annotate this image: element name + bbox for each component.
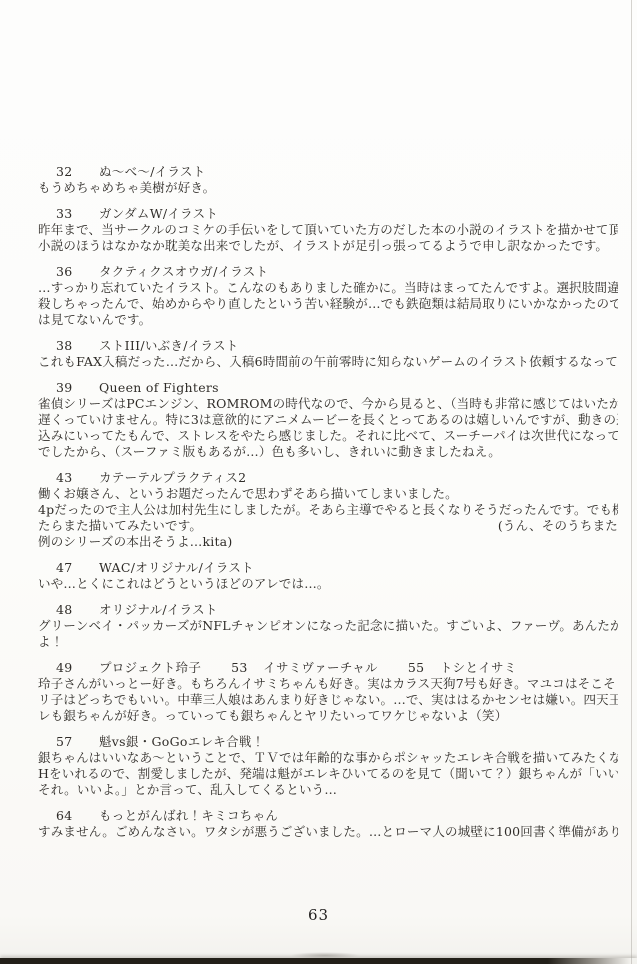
section-title: もっとがんばれ！キミコちゃん (99, 808, 278, 823)
scan-edge-bottom (0, 958, 637, 964)
section-title: プロジェクト玲子 (99, 660, 201, 675)
section-text-line: Hをいれるので、割愛しましたが、発端は魁がエレキひいてるのを見て（聞いて？）銀ち… (38, 766, 618, 782)
section-text-line: 昨年まで、当サークルのコミケの手伝いをして頂いていた方のだした本の小説のイラスト… (38, 222, 618, 238)
section-entry: 33ガンダムW/イラスト 昨年まで、当サークルのコミケの手伝いをして頂いていた方… (38, 206, 618, 254)
section-number: 57 (56, 734, 99, 750)
section-text-line: 小説のほうはなかなか耽美な出来でしたが、イラストが足引っ張ってるようで申し訳なか… (38, 238, 618, 254)
section-text-line: すみません。ごめんなさい。ワタシが悪うございました。…とローマ人の城壁に100回… (38, 824, 618, 840)
section-text-line: それ。いいよ。」とか言って、乱入してくるという… (38, 782, 618, 798)
section-header: 32ぬ〜べ〜/イラスト (38, 164, 618, 180)
section-text-line: いや…とくにこれはどうというほどのアレでは…。 (38, 576, 618, 592)
section-title: Queen of Fighters (99, 380, 219, 395)
section-text-line: 例のシリーズの本出そうよ…kita) (38, 534, 618, 550)
section-title: イサミヴァーチャル (263, 660, 378, 675)
section-title: WAC/オリジナル/イラスト (99, 560, 254, 575)
scanned-page: 32ぬ〜べ〜/イラスト もうめちゃめちゃ美樹が好き。 33ガンダムW/イラスト … (0, 0, 637, 964)
section-text-line: 銀ちゃんはいいなあ〜ということで、ＴＶでは年齢的な事からポシャッたエレキ合戦を描… (38, 750, 618, 766)
section-text-line: 4pだったので主人公は加村先生にしましたが。そあら主導でやると長くなりそうだった… (38, 502, 618, 518)
section-text-line: …すっかり忘れていたイラスト。こんなのもありました確かに。当時はまってたんですよ… (38, 280, 618, 296)
section-text-line: 遅くっていけません。特に3は意欲的にアニメムービーを長くとってあるのは嬉しいんで… (38, 412, 618, 428)
split-line-left: たらまた描いてみたいです。 (38, 518, 202, 534)
section-title: オリジナル/イラスト (99, 602, 218, 617)
section-title: トシとイサミ (440, 660, 517, 675)
section-number: 38 (56, 338, 99, 354)
section-number: 36 (56, 264, 99, 280)
section-text-line: もうめちゃめちゃ美樹が好き。 (38, 180, 618, 196)
section-entry: 49プロジェクト玲子53イサミヴァーチャル55トシとイサミ 玲子さんがいっとー好… (38, 660, 618, 724)
section-entry: 48オリジナル/イラスト グリーンベイ・パッカーズがNFLチャンピオンになった記… (38, 602, 618, 650)
section-number: 48 (56, 602, 99, 618)
section-text-line: 殺しちゃったんで、始めからやり直したという苦い経験が…でも鉄砲類は結局取りにいか… (38, 296, 618, 312)
section-number: 55 (408, 660, 440, 676)
section-title: ガンダムW/イラスト (99, 206, 218, 221)
section-title: 魁vs銀・GoGoエレキ合戦！ (99, 734, 265, 749)
section-number: 32 (56, 164, 99, 180)
section-title: カテーテルプラクティス2 (99, 470, 246, 485)
section-header: 33ガンダムW/イラスト (38, 206, 618, 222)
section-header: 57魁vs銀・GoGoエレキ合戦！ (38, 734, 618, 750)
section-number: 47 (56, 560, 99, 576)
section-text-line: でしたから、（スーファミ版もあるが…）色も多いし、きれいに動きましたねえ。 (38, 444, 618, 460)
section-header: 64もっとがんばれ！キミコちゃん (38, 808, 618, 824)
page-content: 32ぬ〜べ〜/イラスト もうめちゃめちゃ美樹が好き。 33ガンダムW/イラスト … (38, 164, 618, 850)
section-entry: 36タクティクスオウガ/イラスト …すっかり忘れていたイラスト。こんなのもありま… (38, 264, 618, 328)
section-entry: 39Queen of Fighters 雀偵シリーズはPCエンジン、ROMROM… (38, 380, 618, 460)
section-title: タクティクスオウガ/イラスト (99, 264, 268, 279)
section-number: 33 (56, 206, 99, 222)
section-entry: 38ストIII/いぶき/イラスト これもFAX入稿だった…だから、入稿6時間前の… (38, 338, 618, 370)
section-text-line: よ！ (38, 634, 618, 650)
section-text-line: これもFAX入稿だった…だから、入稿6時間前の午前零時に知らないゲームのイラスト… (38, 354, 618, 370)
section-number: 43 (56, 470, 99, 486)
section-header: 48オリジナル/イラスト (38, 602, 618, 618)
section-text-line: リ子はどっちでもいい。中華三人娘はあんまり好きじゃない。…で、実ははるかセンセは… (38, 692, 618, 708)
section-number: 49 (56, 660, 99, 676)
section-entry: 47WAC/オリジナル/イラスト いや…とくにこれはどうというほどのアレでは…。 (38, 560, 618, 592)
split-line-right: (うん、そのうちまた (498, 518, 618, 534)
section-title: ストIII/いぶき/イラスト (99, 338, 239, 353)
section-title: ぬ〜べ〜/イラスト (99, 164, 206, 179)
scan-edge-right (631, 0, 632, 964)
section-number: 53 (231, 660, 263, 676)
section-entry: 57魁vs銀・GoGoエレキ合戦！ 銀ちゃんはいいなあ〜ということで、ＴＶでは年… (38, 734, 618, 798)
section-header: 38ストIII/いぶき/イラスト (38, 338, 618, 354)
section-entry: 64もっとがんばれ！キミコちゃん すみません。ごめんなさい。ワタシが悪うございま… (38, 808, 618, 840)
section-text-line: 雀偵シリーズはPCエンジン、ROMROMの時代なので、今から見ると、（当時も非常… (38, 396, 618, 412)
section-number: 64 (56, 808, 99, 824)
section-number: 39 (56, 380, 99, 396)
section-entry: 43カテーテルプラクティス2 働くお嬢さん、というお題だったんで思わずそあら描い… (38, 470, 618, 550)
section-entry: 32ぬ〜べ〜/イラスト もうめちゃめちゃ美樹が好き。 (38, 164, 618, 196)
section-header: 47WAC/オリジナル/イラスト (38, 560, 618, 576)
section-text-line: レも銀ちゃんが好き。っていっても銀ちゃんとヤリたいってワケじゃないよ（笑） (38, 708, 618, 724)
section-text-line: 玲子さんがいっとー好き。もちろんイサミちゃんも好き。実はカラス天狗7号も好き。マ… (38, 676, 618, 692)
section-header: 39Queen of Fighters (38, 380, 618, 396)
section-header: 49プロジェクト玲子53イサミヴァーチャル55トシとイサミ (38, 660, 618, 676)
section-text-line: 働くお嬢さん、というお題だったんで思わずそあら描いてしまいました。 (38, 486, 618, 502)
section-text-line: グリーンベイ・パッカーズがNFLチャンピオンになった記念に描いた。すごいよ、ファ… (38, 618, 618, 634)
section-header: 43カテーテルプラクティス2 (38, 470, 618, 486)
section-text-line: たらまた描いてみたいです。 (うん、そのうちまた (38, 518, 618, 534)
page-number: 63 (0, 906, 637, 924)
section-text-line: 込みにいってたもんで、ストレスをやたら感じました。それに比べて、スーチーパイは次… (38, 428, 618, 444)
section-text-line: は見てないんです。 (38, 312, 618, 328)
section-header: 36タクティクスオウガ/イラスト (38, 264, 618, 280)
